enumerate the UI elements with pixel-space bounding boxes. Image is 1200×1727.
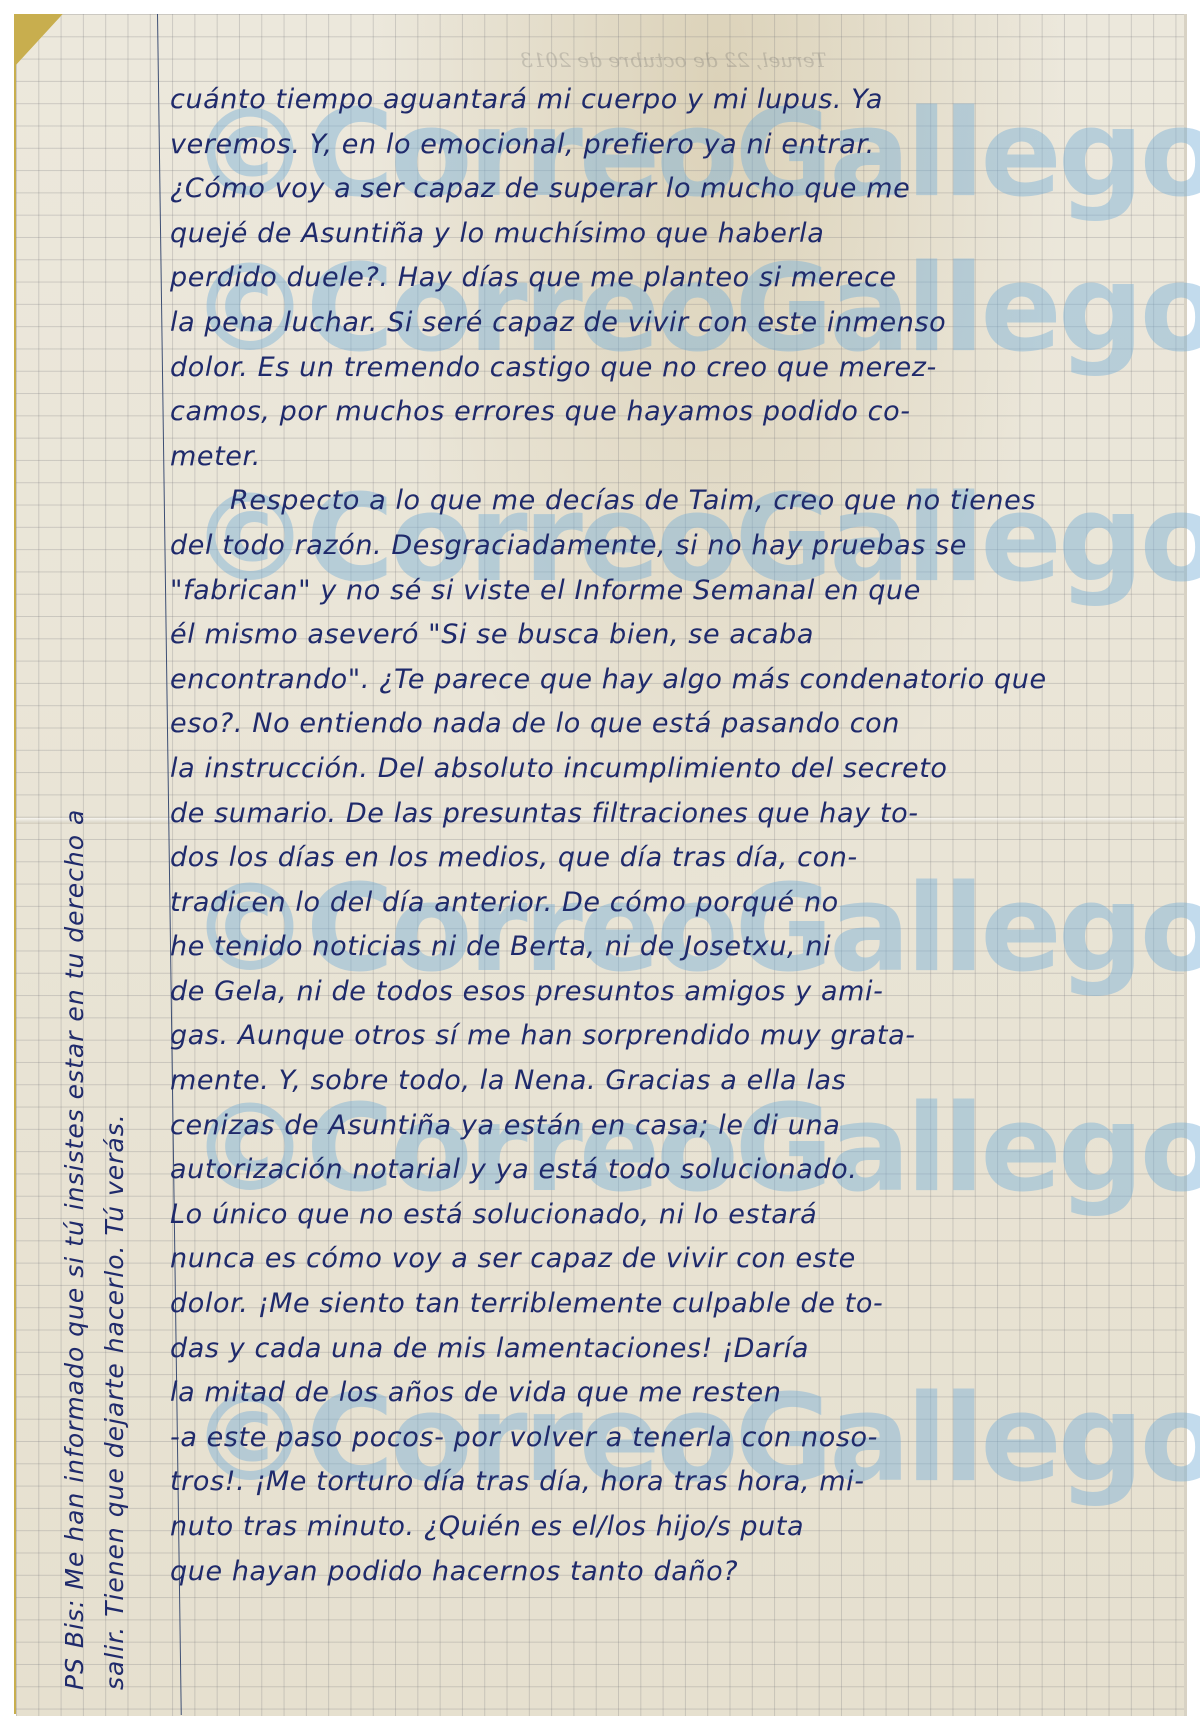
letter-line: "fabrican" y no sé si viste el Informe S…: [170, 569, 1170, 614]
letter-line: eso?. No entiendo nada de lo que está pa…: [170, 702, 1170, 747]
letter-line: mente. Y, sobre todo, la Nena. Gracias a…: [170, 1059, 1170, 1104]
letter-line: tradicen lo del día anterior. De cómo po…: [170, 881, 1170, 926]
letter-line: gas. Aunque otros sí me han sorprendido …: [170, 1014, 1170, 1059]
letter-line: perdido duele?. Hay días que me planteo …: [170, 256, 1170, 301]
letter-line: autorización notarial y ya está todo sol…: [170, 1148, 1170, 1193]
letter-line: cenizas de Asuntiña ya están en casa; le…: [170, 1104, 1170, 1149]
letter-line: meter.: [170, 435, 1170, 480]
margin-note-postscript-continued: salir. Tienen que dejarte hacerlo. Tú ve…: [100, 1113, 129, 1690]
letter-line: nunca es cómo voy a ser capaz de vivir c…: [170, 1237, 1170, 1282]
letter-line: he tenido noticias ni de Berta, ni de Jo…: [170, 925, 1170, 970]
show-through-date: Teruel, 22 de octubre de 2013: [520, 48, 826, 72]
letter-line: dolor. ¡Me siento tan terriblemente culp…: [170, 1282, 1170, 1327]
letter-line: cuánto tiempo aguantará mi cuerpo y mi l…: [170, 78, 1170, 123]
letter-line: quejé de Asuntiña y lo muchísimo que hab…: [170, 212, 1170, 257]
letter-line: dos los días en los medios, que día tras…: [170, 836, 1170, 881]
letter-line: Lo único que no está solucionado, ni lo …: [170, 1193, 1170, 1238]
letter-line: él mismo aseveró "Si se busca bien, se a…: [170, 613, 1170, 658]
letter-line: das y cada una de mis lamentaciones! ¡Da…: [170, 1327, 1170, 1372]
letter-line: de Gela, ni de todos esos presuntos amig…: [170, 970, 1170, 1015]
letter-line: encontrando". ¿Te parece que hay algo má…: [170, 658, 1170, 703]
letter-line: la pena luchar. Si seré capaz de vivir c…: [170, 301, 1170, 346]
letter-line: Respecto a lo que me decías de Taim, cre…: [170, 479, 1170, 524]
letter-body: cuánto tiempo aguantará mi cuerpo y mi l…: [170, 78, 1170, 1594]
letter-line: de sumario. De las presuntas filtracione…: [170, 792, 1170, 837]
letter-line: ¿Cómo voy a ser capaz de superar lo much…: [170, 167, 1170, 212]
letter-line: -a este paso pocos- por volver a tenerla…: [170, 1416, 1170, 1461]
letter-line: que hayan podido hacernos tanto daño?: [170, 1550, 1170, 1595]
letter-line: tros!. ¡Me torturo día tras día, hora tr…: [170, 1460, 1170, 1505]
letter-line: veremos. Y, en lo emocional, prefiero ya…: [170, 123, 1170, 168]
letter-line: la mitad de los años de vida que me rest…: [170, 1371, 1170, 1416]
letter-line: camos, por muchos errores que hayamos po…: [170, 390, 1170, 435]
letter-line: dolor. Es un tremendo castigo que no cre…: [170, 346, 1170, 391]
letter-line: del todo razón. Desgraciadamente, si no …: [170, 524, 1170, 569]
letter-line: la instrucción. Del absoluto incumplimie…: [170, 747, 1170, 792]
letter-line: nuto tras minuto. ¿Quién es el/los hijo/…: [170, 1505, 1170, 1550]
margin-note-postscript: PS Bis: Me han informado que si tú insis…: [60, 809, 89, 1690]
